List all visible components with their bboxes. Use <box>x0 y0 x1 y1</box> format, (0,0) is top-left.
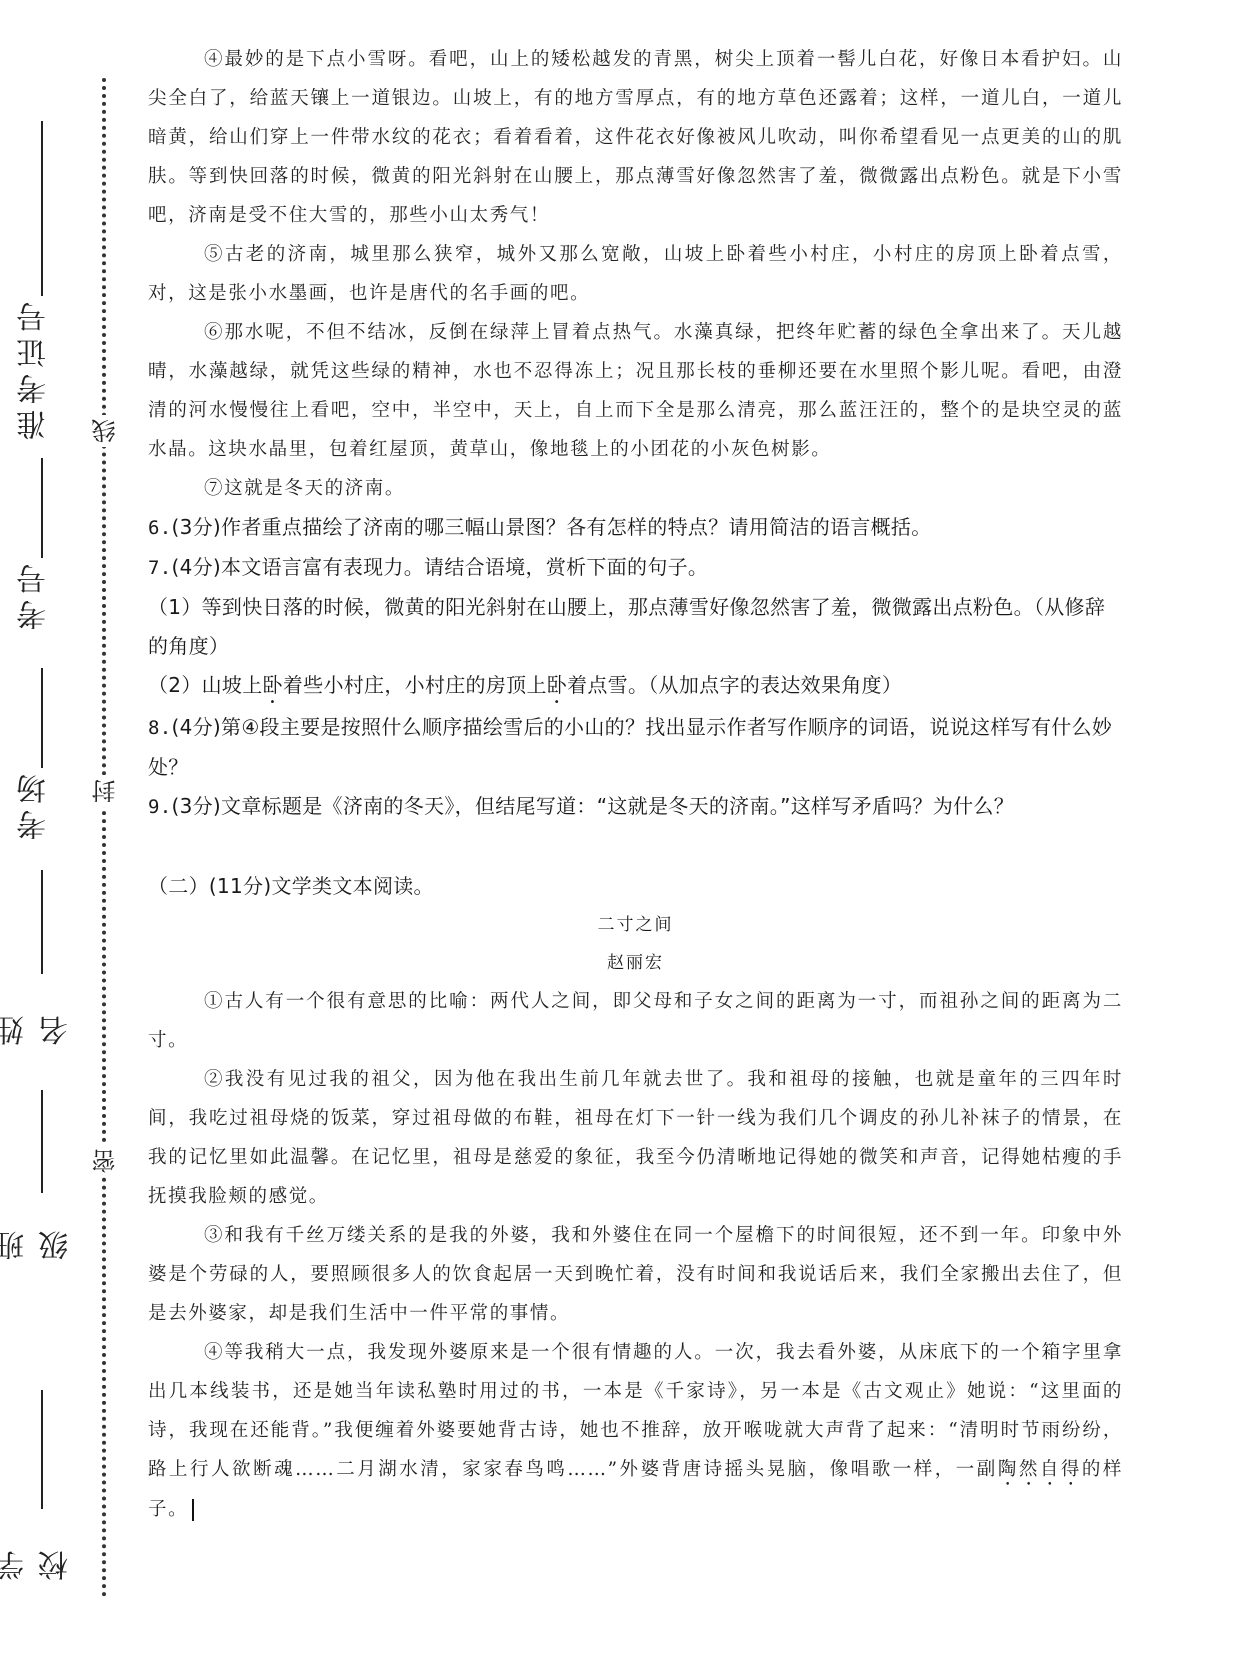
article-title: 二寸之间 <box>148 906 1123 944</box>
question-8: 8.(4分)第④段主要是按照什么顺序描绘雪后的小山的？找出显示作者写作顺序的词语… <box>148 708 1123 787</box>
field-label: 班级 <box>0 1193 79 1260</box>
binding-strip: 准考证号 考号 考场 姓名 班级 学校 线 封 密 <box>0 0 130 1660</box>
field-class: 班级 <box>18 1090 52 1260</box>
cut-mark-secret: 密 <box>88 1145 120 1177</box>
field-exam-room: 考场 <box>18 660 52 840</box>
text-cursor[interactable] <box>192 1499 194 1521</box>
blank-line[interactable] <box>41 870 43 974</box>
blank-line[interactable] <box>41 668 43 768</box>
dotted-cut-line <box>102 78 106 1598</box>
question-7-part-1: （1）等到快日落的时候，微黄的阳光斜射在山腰上，那点薄雪好像忽然害了羞，微微露出… <box>148 588 1123 666</box>
emphasized-phrase: 陶然自得 <box>998 1459 1082 1480</box>
blank-line[interactable] <box>41 121 43 296</box>
questions: 6.(3分)作者重点描绘了济南的哪三幅山景图？各有怎样的特点？请用简洁的语言概括… <box>148 508 1123 827</box>
section-literary-reading: （二）(11分)文学类文本阅读。 二寸之间 赵丽宏 ①古人有一个很有意思的比喻：… <box>148 867 1123 1529</box>
cut-mark-seal: 封 <box>88 775 120 807</box>
question-9: 9.(3分)文章标题是《济南的冬天》，但结尾写道：“这就是冬天的济南。”这样写矛… <box>148 787 1123 827</box>
paragraph-6: ⑥那水呢，不但不结冰，反倒在绿萍上冒着点热气。水藻真绿，把终年贮蓄的绿色全拿出来… <box>148 313 1123 469</box>
field-label: 学校 <box>0 1509 79 1580</box>
paragraph-7: ⑦这就是冬天的济南。 <box>148 469 1123 508</box>
question-7-part-2: （2）山坡上卧着些小村庄，小村庄的房顶上卧着点雪。（从加点字的表达效果角度） <box>148 666 1123 708</box>
article-author: 赵丽宏 <box>148 944 1123 982</box>
field-name: 姓名 <box>18 870 52 1045</box>
field-label: 姓名 <box>0 974 79 1045</box>
field-label: 考场 <box>13 768 57 840</box>
passage-jinan-winter: ④最妙的是下点小雪呀。看吧，山上的矮松越发的青黑，树尖上顶着一髻儿白花，好像日本… <box>148 40 1123 508</box>
question-7: 7.(4分)本文语言富有表现力。请结合语境，赏析下面的句子。 <box>148 548 1123 588</box>
emphasized-char: 卧 <box>263 673 283 697</box>
paragraph-1: ①古人有一个很有意思的比喻：两代人之间，即父母和子女之间的距离为一寸，而祖孙之间… <box>148 982 1123 1060</box>
field-label: 考号 <box>13 558 57 630</box>
blank-line[interactable] <box>41 1090 43 1193</box>
field-school: 学校 <box>18 1390 52 1580</box>
field-admission-number: 准考证号 <box>18 80 52 440</box>
document-body: ④最妙的是下点小雪呀。看吧，山上的矮松越发的青黑，树尖上顶着一髻儿白花，好像日本… <box>148 40 1123 1529</box>
question-6: 6.(3分)作者重点描绘了济南的哪三幅山景图？各有怎样的特点？请用简洁的语言概括… <box>148 508 1123 548</box>
field-label: 准考证号 <box>13 296 57 440</box>
paragraph-5: ⑤古老的济南，城里那么狭窄，城外又那么宽敞，山坡上卧着些小村庄，小村庄的房顶上卧… <box>148 235 1123 313</box>
paragraph-2: ②我没有见过我的祖父，因为他在我出生前几年就去世了。我和祖母的接触，也就是童年的… <box>148 1060 1123 1216</box>
field-exam-number: 考号 <box>18 450 52 630</box>
paragraph-3: ③和我有千丝万缕关系的是我的外婆，我和外婆住在同一个屋檐下的时间很短，还不到一年… <box>148 1216 1123 1333</box>
emphasized-char: 卧 <box>547 673 567 697</box>
paragraph-4: ④最妙的是下点小雪呀。看吧，山上的矮松越发的青黑，树尖上顶着一髻儿白花，好像日本… <box>148 40 1123 235</box>
cut-mark-line: 线 <box>88 415 120 447</box>
paragraph-4: ④等我稍大一点，我发现外婆原来是一个很有情趣的人。一次，我去看外婆，从床底下的一… <box>148 1333 1123 1529</box>
section-heading: （二）(11分)文学类文本阅读。 <box>148 867 1123 906</box>
blank-line[interactable] <box>41 1390 43 1509</box>
blank-line[interactable] <box>41 458 43 558</box>
